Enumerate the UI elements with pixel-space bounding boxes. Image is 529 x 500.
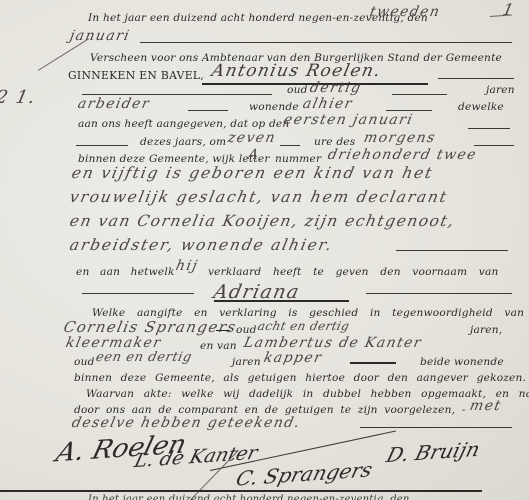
hw-declarant-name: Antonius Roelen. [210,61,383,81]
hw-day: tweeden [368,4,442,20]
hw-month: januari [68,28,131,44]
hw-line-13: arbeidster, wonende alhier. [68,236,335,254]
hw-birth-hour: zeven [226,130,277,146]
hw-house-number: driehonderd twee [326,147,478,163]
fill-rule [386,110,432,111]
hw-birth-date: eersten januari [282,112,414,128]
hw-witness2-age: een en dertig [94,350,193,365]
hw-witness1-occupation: kleermaker [64,335,163,351]
print-oud: oud [287,84,308,96]
print-line-14a: en aan hetwelk [76,266,175,278]
next-record-start: In het jaar een duizend acht honderd neg… [88,494,410,500]
print-line-20: binnen deze Gemeente, als getuigen hiert… [74,372,526,384]
print-oud-3: oud [74,356,95,368]
hw-line-10: en vijftig is geboren een kind van het [70,164,435,182]
fill-rule [82,94,272,95]
hw-witness1-age: acht en dertig [257,319,351,333]
dash [216,330,230,331]
print-dewelke: dewelke [458,101,504,113]
signature-official: D. Bruijn [384,437,483,467]
print-line-21: Waarvan akte: welke wij dadelijk in dubb… [86,388,529,400]
fill-rule [396,250,508,251]
hw-declarant-occupation: arbeider [76,96,151,112]
print-jaren-2: jaren, [470,324,502,336]
fill-rule [188,110,228,111]
flourish [38,38,89,71]
hw-line-11: vrouwelijk geslacht, van hem declarant [68,188,450,206]
firstname-underline [214,300,349,302]
fill-rule [468,128,510,129]
fill-rule [360,427,512,428]
fill-rule [438,78,514,79]
hw-pronoun: hij [174,258,199,274]
hw-declarant-age: dertig [308,80,363,96]
municipality-name: GINNEKEN EN BAVEL, [68,69,204,82]
hw-witness2-occupation: kapper [262,350,324,366]
margin-record-number: 2 1. [0,87,38,108]
print-jaren-3: jaren [232,356,261,368]
print-line-7: aan ons heeft aangegeven, dat op den [78,118,289,130]
hw-witness1-name: Cornelis Sprangers [62,318,238,336]
fill-rule [366,293,512,294]
print-en-van: en van [200,340,237,352]
hw-line-12-mother: en van Cornelia Kooijen, zijn echtgenoot… [68,212,457,230]
fill-rule [82,293,194,294]
hw-met: met [468,398,503,414]
signature-witness1: C. Sprangers [234,457,375,490]
record-divider [0,490,482,492]
hw-line-23: deselve hebben geteekend. [70,415,302,431]
hw-witness2-name: Lambertus de Kanter [242,335,423,351]
fill-rule [392,94,447,95]
print-line-8a: dezes jaars, om [140,136,226,148]
fill-rule [350,362,396,364]
corner-page-mark: 1 [501,0,517,19]
hw-declarant-residence: alhier [301,96,354,112]
print-line-14b: verklaard heeft te geven den voornaam va… [208,266,499,278]
fill-rule [140,42,512,43]
fill-rule [76,145,128,146]
fill-rule [474,145,514,146]
print-beide-wonende: beide wonende [420,356,504,368]
fill-rule [280,145,300,146]
hw-time-of-day: morgens [362,130,437,146]
print-jaren: jaren [486,84,515,96]
